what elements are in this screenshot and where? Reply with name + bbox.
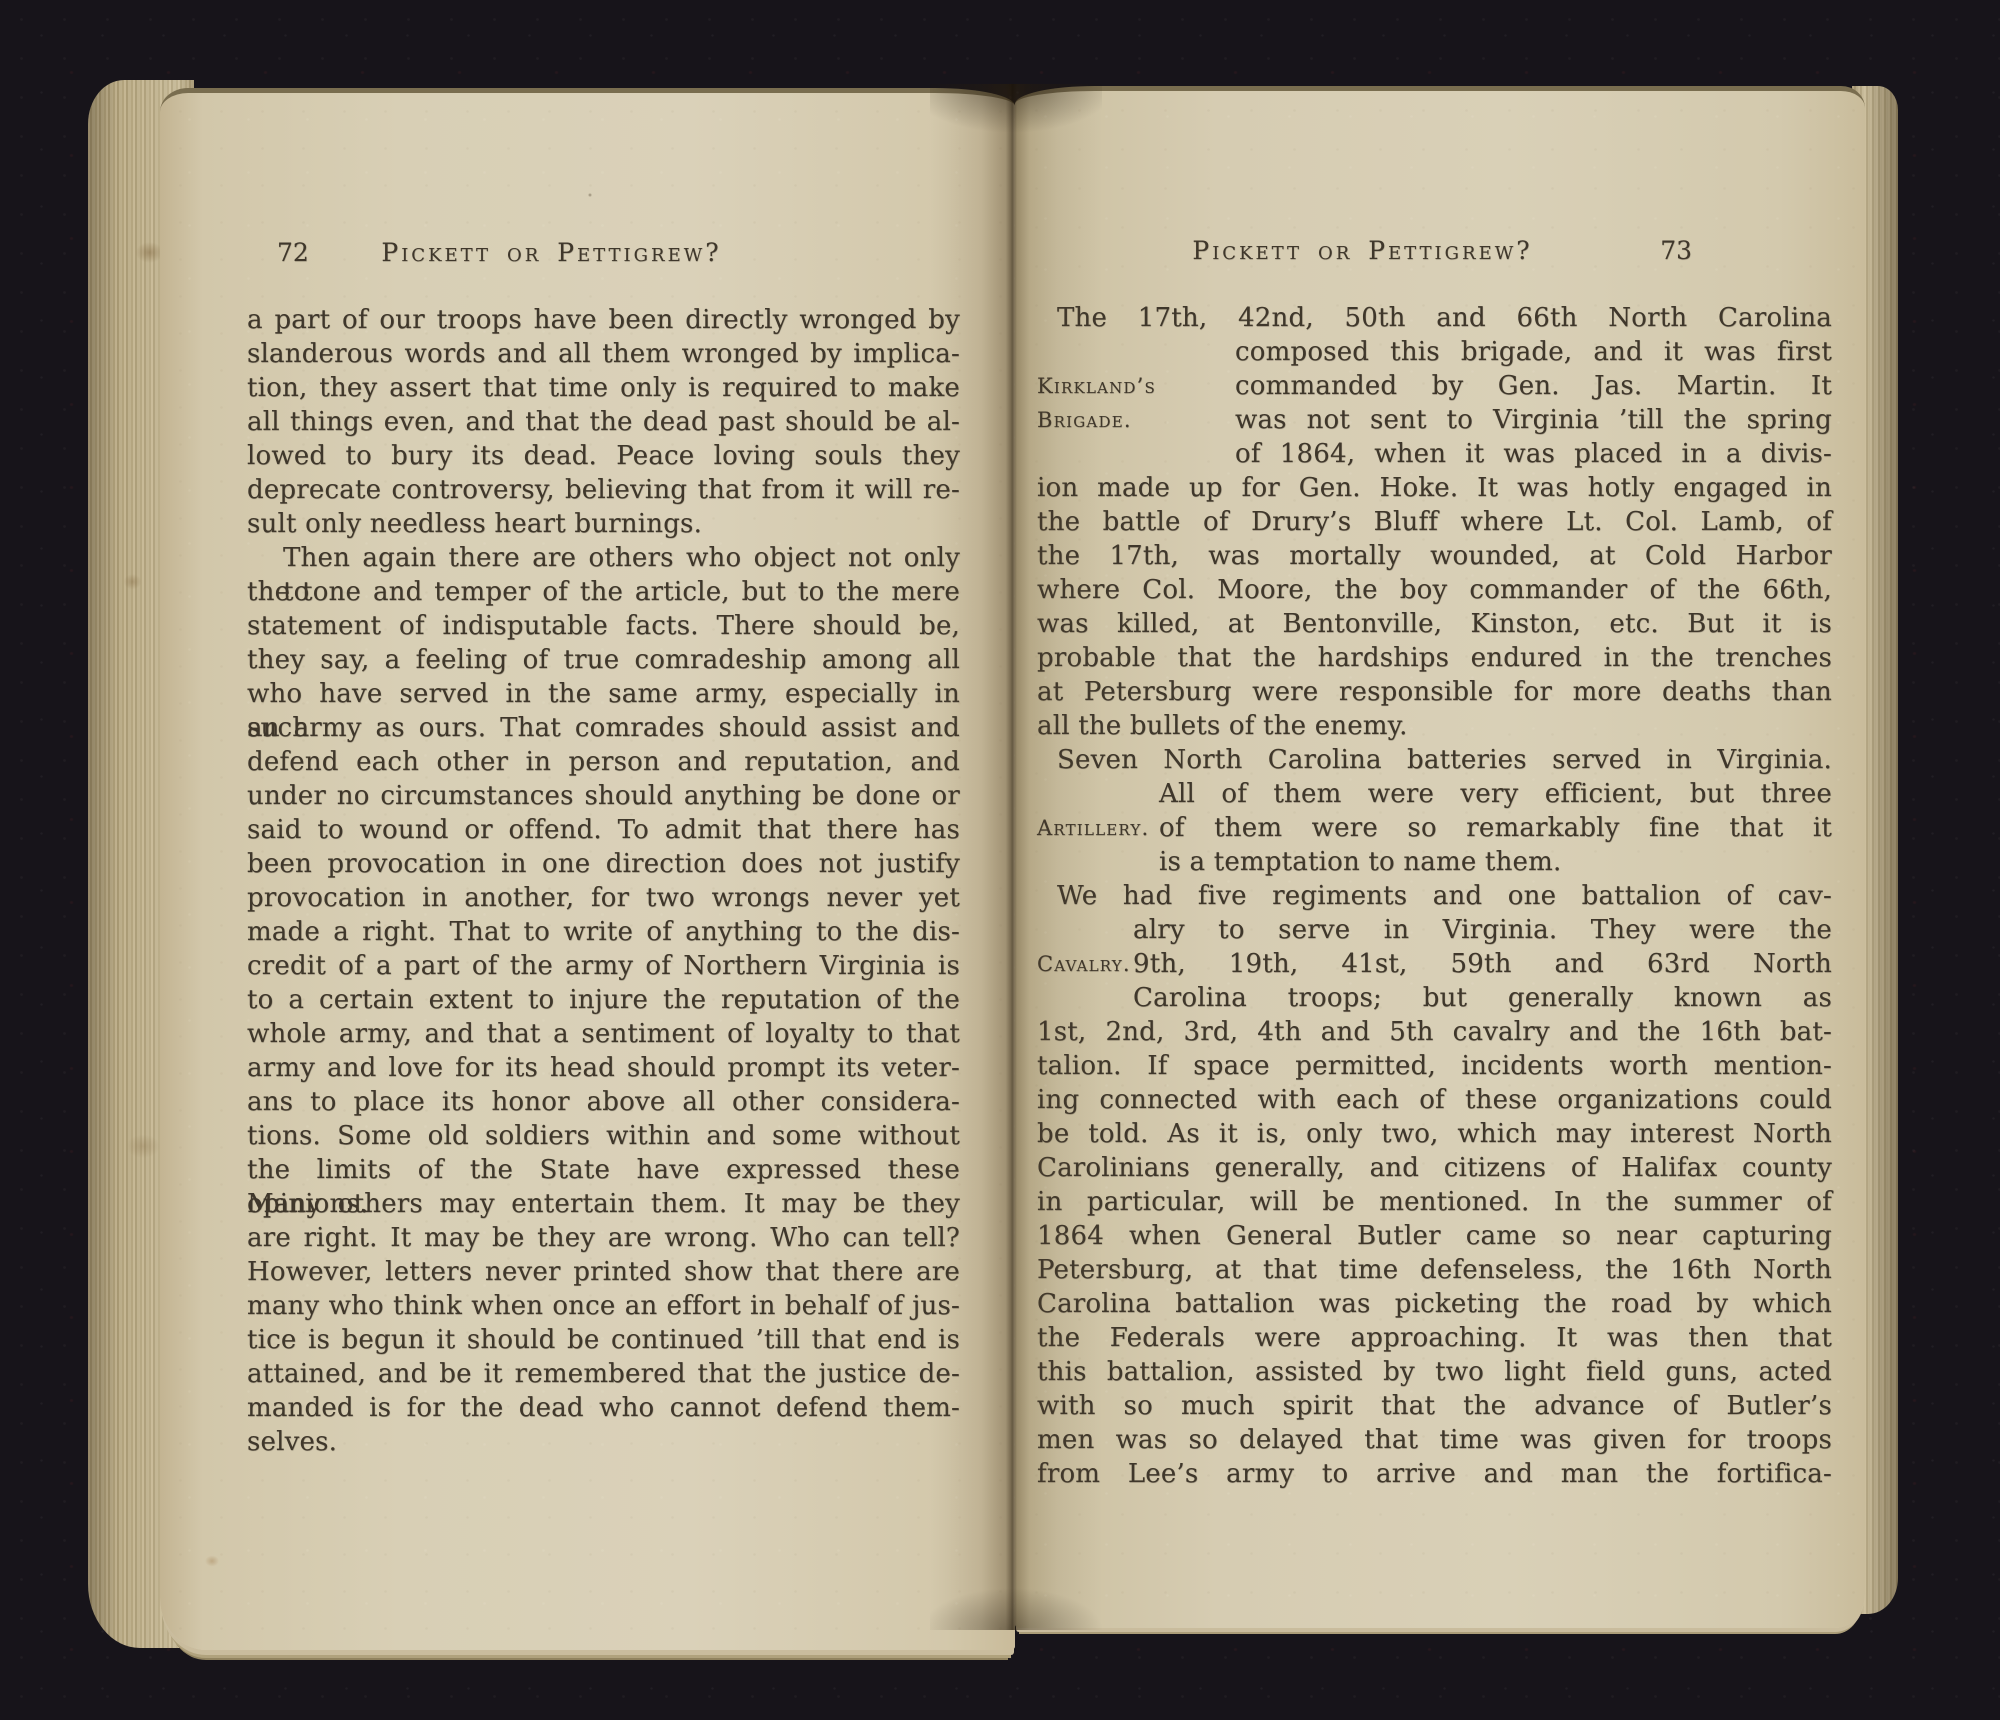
text-line: tion, they assert that time only is requ… — [247, 371, 960, 405]
text-line: manded is for the dead who cannot defend… — [247, 1391, 960, 1425]
text-line: attained, and be it remembered that the … — [247, 1357, 960, 1391]
text-line: Petersburg, at that time defenseless, th… — [1037, 1253, 1832, 1287]
text-line: alry to serve in Virginia. They were the — [1037, 913, 1832, 947]
book-spread: 72 Pickett or Pettigrew? a part of our t… — [0, 0, 2000, 1720]
right-text-column: The 17th, 42nd, 50th and 66th North Caro… — [1037, 301, 1832, 1491]
text-line: Seven North Carolina batteries served in… — [1037, 743, 1832, 777]
text-line: was killed, at Bentonville, Kinston, etc… — [1037, 607, 1832, 641]
text-line: been provocation in one direction does n… — [247, 847, 960, 881]
text-line: they say, a feeling of true comradeship … — [247, 643, 960, 677]
right-page-number: 73 — [1660, 236, 1692, 265]
text-line: said to wound or offend. To admit that t… — [247, 813, 960, 847]
text-line: statement of indisputable facts. There s… — [247, 609, 960, 643]
line-text: composed this brigade, and it was first — [1235, 335, 1832, 369]
sidenote-label: Brigade. — [1037, 403, 1235, 437]
text-line: the 17th, was mortally wounded, at Cold … — [1037, 539, 1832, 573]
text-line: who have served in the same army, especi… — [247, 677, 960, 711]
text-line: from Lee’s army to arrive and man the fo… — [1037, 1457, 1832, 1491]
left-page: 72 Pickett or Pettigrew? a part of our t… — [160, 88, 1015, 1650]
sidenote-label — [1037, 981, 1133, 1015]
text-line: The 17th, 42nd, 50th and 66th North Caro… — [1037, 301, 1832, 335]
sidenote-label: Cavalry. — [1037, 947, 1133, 981]
text-line: where Col. Moore, the boy commander of t… — [1037, 573, 1832, 607]
sidenote-label — [1037, 335, 1235, 369]
text-line: all things even, and that the dead past … — [247, 405, 960, 439]
text-line: probable that the hardships endured in t… — [1037, 641, 1832, 675]
text-line: with so much spirit that the advance of … — [1037, 1389, 1832, 1423]
sidenote-label: Kirkland’s — [1037, 369, 1235, 403]
text-line: Kirkland’scommanded by Gen. Jas. Martin.… — [1037, 369, 1832, 403]
sidenote-label — [1037, 777, 1159, 811]
right-page-header: Pickett or Pettigrew? 73 — [1037, 236, 1832, 276]
text-line: All of them were very efficient, but thr… — [1037, 777, 1832, 811]
text-line: men was so delayed that time was given f… — [1037, 1423, 1832, 1457]
text-line: to a certain extent to injure the reputa… — [247, 983, 960, 1017]
text-line: at Petersburg were responsible for more … — [1037, 675, 1832, 709]
sidenote-label — [1037, 845, 1159, 879]
text-line: Carolina troops; but generally known as — [1037, 981, 1832, 1015]
text-line: 1864 when General Butler came so near ca… — [1037, 1219, 1832, 1253]
text-line: Brigade.was not sent to Virginia ’till t… — [1037, 403, 1832, 437]
sidenote-label — [1037, 437, 1235, 471]
text-line: lowed to bury its dead. Peace loving sou… — [247, 439, 960, 473]
text-line: the battle of Drury’s Bluff where Lt. Co… — [1037, 505, 1832, 539]
left-running-title: Pickett or Pettigrew? — [195, 238, 908, 267]
text-line: Carolina battalion was picketing the roa… — [1037, 1287, 1832, 1321]
text-line: defend each other in person and reputati… — [247, 745, 960, 779]
text-line: the tone and temper of the article, but … — [247, 575, 960, 609]
text-line: provocation in another, for two wrongs n… — [247, 881, 960, 915]
line-text: alry to serve in Virginia. They were the — [1133, 913, 1832, 947]
text-line: slanderous words and all them wronged by… — [247, 337, 960, 371]
text-line: all the bullets of the enemy. — [1037, 709, 1832, 743]
text-line: the limits of the State have expressed t… — [247, 1153, 960, 1187]
text-line: talion. If space permitted, incidents wo… — [1037, 1049, 1832, 1083]
text-line: composed this brigade, and it was first — [1037, 335, 1832, 369]
text-line: tice is begun it should be continued ’ti… — [247, 1323, 960, 1357]
text-line: credit of a part of the army of Northern… — [247, 949, 960, 983]
line-text: All of them were very efficient, but thr… — [1159, 777, 1832, 811]
text-line: Artillery.of them were so remarkably fin… — [1037, 811, 1832, 845]
text-line: under no circumstances should anything b… — [247, 779, 960, 813]
text-line: ing connected with each of these organiz… — [1037, 1083, 1832, 1117]
sidenote-label — [1037, 913, 1133, 947]
text-line: many who think when once an effort in be… — [247, 1289, 960, 1323]
book-photo-background: 72 Pickett or Pettigrew? a part of our t… — [0, 0, 2000, 1720]
text-line: Cavalry.9th, 19th, 41st, 59th and 63rd N… — [1037, 947, 1832, 981]
text-line: tions. Some old soldiers within and some… — [247, 1119, 960, 1153]
line-text: 9th, 19th, 41st, 59th and 63rd North — [1133, 947, 1832, 981]
right-page: Pickett or Pettigrew? 73 The 17th, 42nd,… — [1015, 86, 1865, 1628]
text-line: army and love for its head should prompt… — [247, 1051, 960, 1085]
text-line: the Federals were approaching. It was th… — [1037, 1321, 1832, 1355]
text-line: Carolinians generally, and citizens of H… — [1037, 1151, 1832, 1185]
text-line: an army as ours. That comrades should as… — [247, 711, 960, 745]
text-line: is a temptation to name them. — [1037, 845, 1832, 879]
text-line: However, letters never printed show that… — [247, 1255, 960, 1289]
line-text: is a temptation to name them. — [1159, 845, 1832, 879]
line-text: Carolina troops; but generally known as — [1133, 981, 1832, 1015]
text-line: deprecate controversy, believing that fr… — [247, 473, 960, 507]
text-line: whole army, and that a sentiment of loya… — [247, 1017, 960, 1051]
right-running-title: Pickett or Pettigrew? — [965, 236, 1760, 265]
left-text-column: a part of our troops have been directly … — [247, 303, 960, 1459]
text-line: Then again there are others who object n… — [247, 541, 960, 575]
text-line: Many others may entertain them. It may b… — [247, 1187, 960, 1221]
text-line: in particular, will be mentioned. In the… — [1037, 1185, 1832, 1219]
line-text: was not sent to Virginia ’till the sprin… — [1235, 403, 1832, 437]
text-line: made a right. That to write of anything … — [247, 915, 960, 949]
text-line: a part of our troops have been directly … — [247, 303, 960, 337]
sidenote-label: Artillery. — [1037, 811, 1159, 845]
text-line: We had five regiments and one battalion … — [1037, 879, 1832, 913]
text-line: this battalion, assisted by two light fi… — [1037, 1355, 1832, 1389]
text-line: of 1864, when it was placed in a divis- — [1037, 437, 1832, 471]
line-text: of 1864, when it was placed in a divis- — [1235, 437, 1832, 471]
text-line: are right. It may be they are wrong. Who… — [247, 1221, 960, 1255]
text-line: 1st, 2nd, 3rd, 4th and 5th cavalry and t… — [1037, 1015, 1832, 1049]
left-page-header: 72 Pickett or Pettigrew? — [247, 238, 960, 278]
text-line: sult only needless heart burnings. — [247, 507, 960, 541]
text-line: ion made up for Gen. Hoke. It was hotly … — [1037, 471, 1832, 505]
line-text: commanded by Gen. Jas. Martin. It — [1235, 369, 1832, 403]
text-line: ans to place its honor above all other c… — [247, 1085, 960, 1119]
text-line: selves. — [247, 1425, 960, 1459]
text-line: be told. As it is, only two, which may i… — [1037, 1117, 1832, 1151]
line-text: of them were so remarkably fine that it — [1159, 811, 1832, 845]
